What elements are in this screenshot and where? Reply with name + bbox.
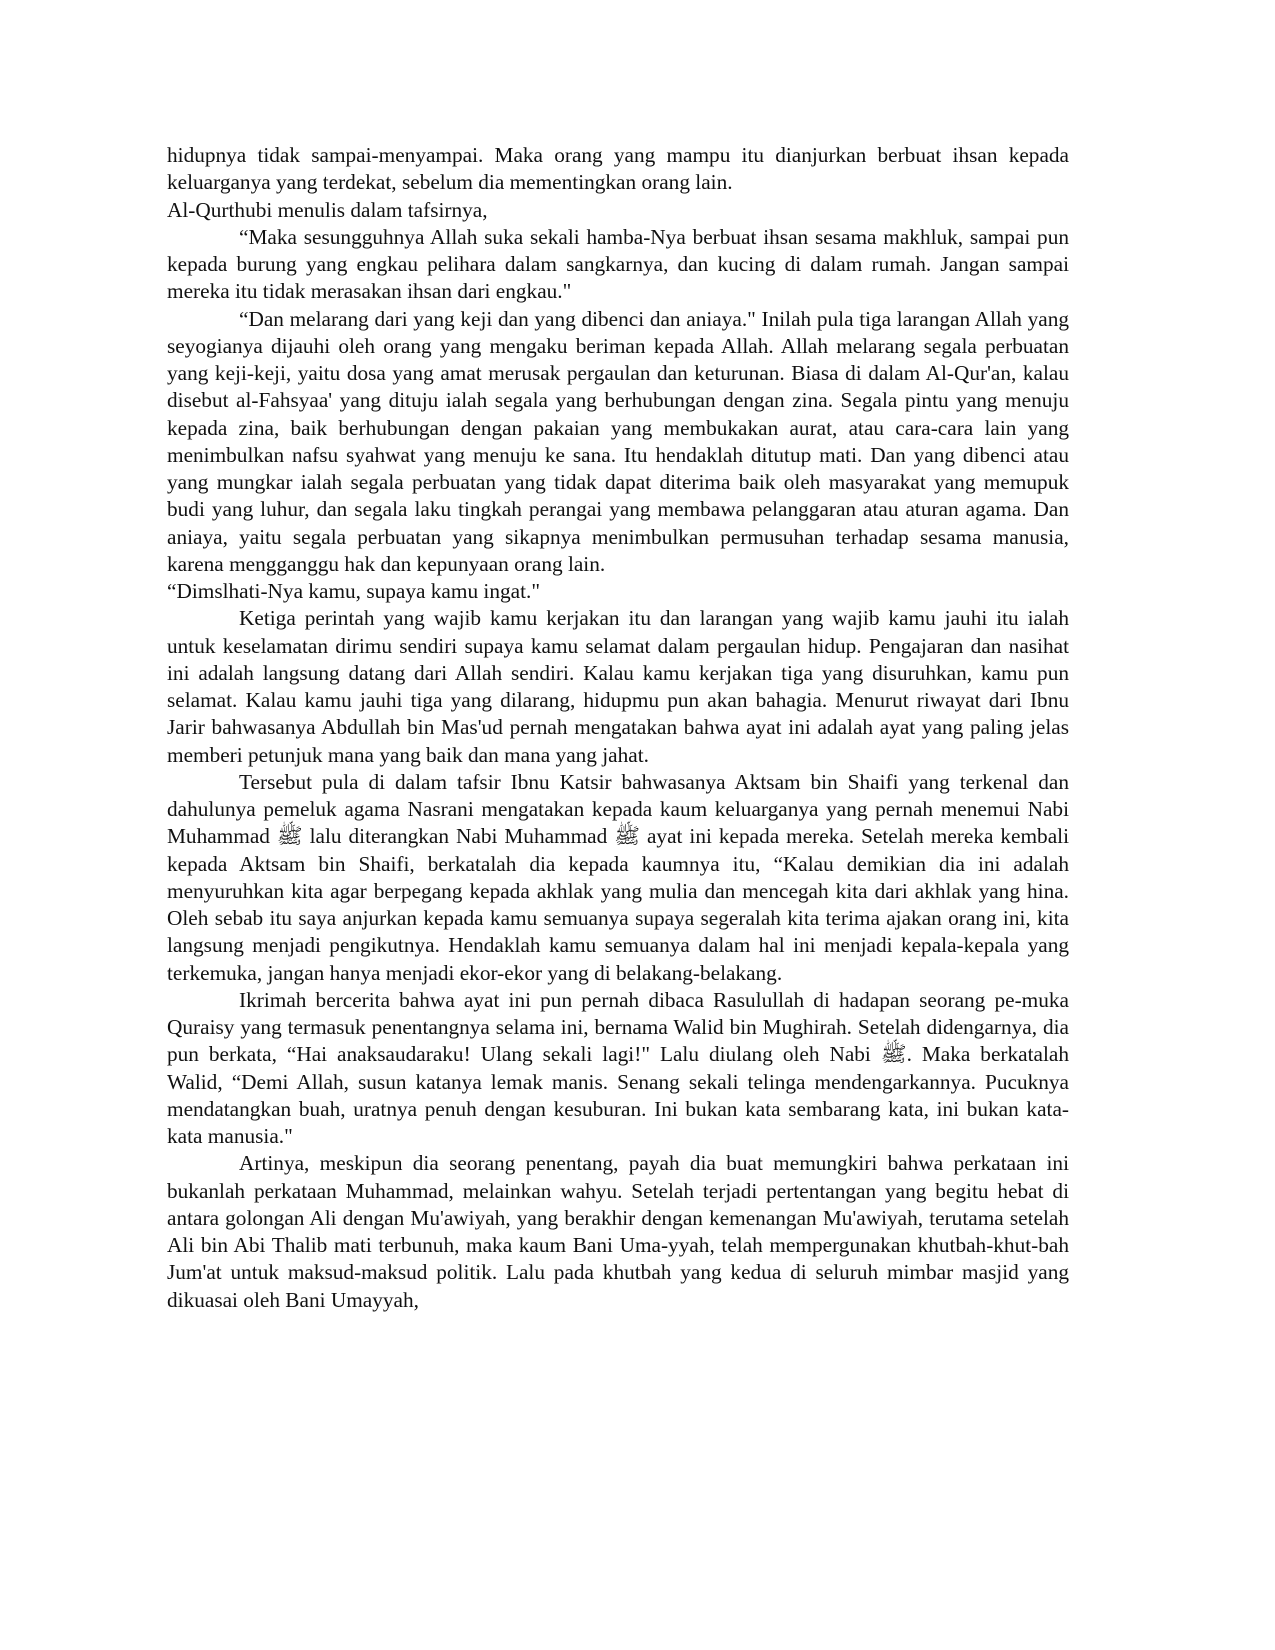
paragraph-three-prohibitions: “Dan melarang dari yang keji dan yang di… (167, 306, 1069, 579)
paragraph-umayyah-khutbah: Artinya, meskipun dia seorang penentang,… (167, 1150, 1069, 1314)
paragraph-three-commands: Ketiga perintah yang wajib kamu kerjakan… (167, 605, 1069, 769)
paragraph-aktsam-bin-shaifi: Tersebut pula di dalam tafsir Ibnu Katsi… (167, 769, 1069, 987)
paragraph-ikrimah-walid: Ikrimah bercerita bahwa ayat ini pun per… (167, 987, 1069, 1151)
paragraph-qurthubi-quote: “Maka sesungguhnya Allah suka sekali ham… (167, 224, 1069, 306)
paragraph-continuation: hidupnya tidak sampai-menyampai. Maka or… (167, 142, 1069, 197)
document-page: hidupnya tidak sampai-menyampai. Maka or… (167, 142, 1069, 1314)
paragraph-verse-closing: “Dimslhati-Nya kamu, supaya kamu ingat." (167, 578, 1069, 605)
paragraph-qurthubi-intro: Al-Qurthubi menulis dalam tafsirnya, (167, 197, 1069, 224)
